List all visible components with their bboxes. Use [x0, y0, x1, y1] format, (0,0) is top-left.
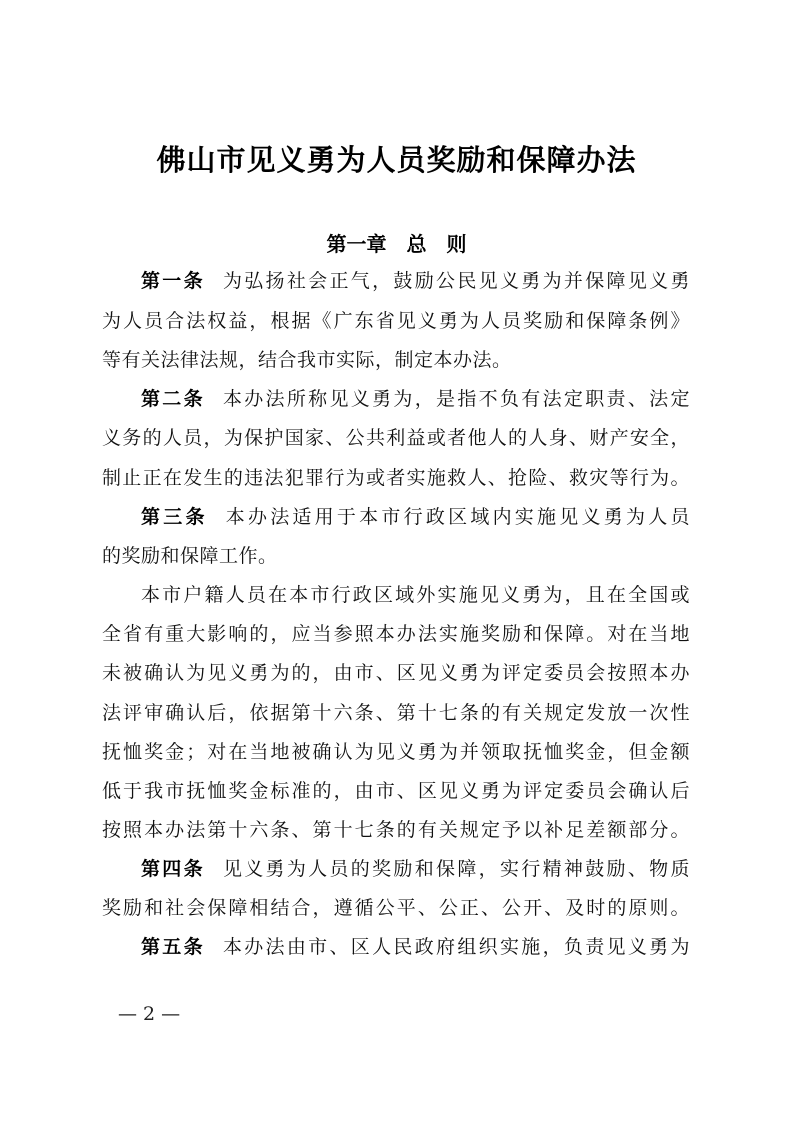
article-4-line-1: 第四条见义勇为人员的奖励和保障，实行精神鼓励、物质	[141, 854, 690, 884]
article-3-para-2-line-4: 法评审确认后，依据第十六条、第十七条的有关规定发放一次性	[102, 698, 690, 728]
article-1-line-3: 等有关法律法规，结合我市实际，制定本办法。	[102, 345, 690, 375]
article-label: 第一条	[141, 270, 205, 292]
article-2-line-2: 义务的人员，为保护国家、公共利益或者他人的人身、财产安全，	[102, 423, 690, 453]
article-label: 第四条	[141, 858, 205, 880]
article-3-para-2-line-3: 未被确认为见义勇为的，由市、区见义勇为评定委员会按照本办	[102, 658, 690, 688]
article-2-line-3: 制止正在发生的违法犯罪行为或者实施救人、抢险、救灾等行为。	[102, 463, 690, 493]
article-3-line-1: 第三条本办法适用于本市行政区域内实施见义勇为人员	[141, 502, 690, 532]
paragraph-text: 本办法由市、区人民政府组织实施，负责见义勇为	[223, 936, 690, 958]
article-label: 第二条	[141, 388, 205, 410]
article-4-line-2: 奖励和社会保障相结合，遵循公平、公正、公开、及时的原则。	[102, 893, 690, 923]
article-3-para-2-line-2: 全省有重大影响的，应当参照本办法实施奖励和保障。对在当地	[102, 619, 690, 649]
article-3-para-2-line-6: 低于我市抚恤奖金标准的，由市、区见义勇为评定委员会确认后	[102, 776, 690, 806]
paragraph-text: 本办法适用于本市行政区域内实施见义勇为人员	[226, 506, 690, 528]
paragraph-text: 本办法所称见义勇为，是指不负有法定职责、法定	[223, 388, 690, 410]
page-number: — 2 —	[118, 1003, 180, 1025]
document-page: 佛山市见义勇为人员奖励和保障办法 第一章 总 则 第一条为弘扬社会正气，鼓励公民…	[0, 0, 793, 1122]
article-1-line-1: 第一条为弘扬社会正气，鼓励公民见义勇为并保障见义勇	[141, 266, 690, 296]
article-5-line-1: 第五条本办法由市、区人民政府组织实施，负责见义勇为	[141, 932, 690, 962]
paragraph-text: 见义勇为人员的奖励和保障，实行精神鼓励、物质	[223, 858, 690, 880]
document-title: 佛山市见义勇为人员奖励和保障办法	[0, 138, 793, 179]
article-label: 第三条	[141, 506, 208, 528]
article-3-para-2-line-5: 抚恤奖金；对在当地被确认为见义勇为并领取抚恤奖金，但金额	[102, 737, 690, 767]
paragraph-text: 为弘扬社会正气，鼓励公民见义勇为并保障见义勇	[223, 270, 690, 292]
chapter-heading: 第一章 总 则	[0, 228, 793, 257]
article-3-para-2-line-7: 按照本办法第十六条、第十七条的有关规定予以补足差额部分。	[102, 815, 690, 845]
article-1-line-2: 为人员合法权益，根据《广东省见义勇为人员奖励和保障条例》	[102, 306, 690, 336]
article-3-para-2-line-1: 本市户籍人员在本市行政区域外实施见义勇为，且在全国或	[141, 580, 690, 610]
article-label: 第五条	[141, 936, 205, 958]
article-3-line-2: 的奖励和保障工作。	[102, 541, 690, 571]
article-2-line-1: 第二条本办法所称见义勇为，是指不负有法定职责、法定	[141, 384, 690, 414]
